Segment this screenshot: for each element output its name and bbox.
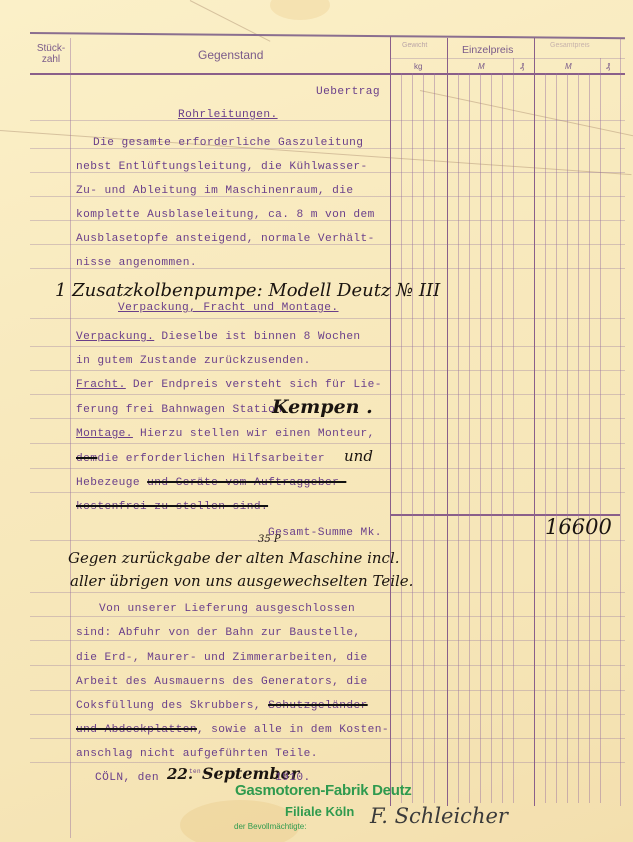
struck-text: und Geräte vom Auftraggeber- [147,477,346,489]
stamp-branch: Filiale Köln [285,804,354,819]
montage-line-3: Hebezeuge und Geräte vom Auftraggeber- [76,477,346,489]
section1-line: Ausblasetopfe ansteigend, normale Verhäl… [76,233,375,245]
struck-text: dem [76,453,97,465]
excluded-line: Arbeit des Ausmauerns des Generators, di… [76,676,368,688]
montage-line-2: demdie erforderlichen Hilfsarbeiter [76,453,325,465]
stamp-company: Gasmotoren-Fabrik Deutz [235,782,411,799]
excluded-line: Von unserer Lieferung ausgeschlossen [99,603,355,615]
fracht-line: Fracht. Der Endpreis versteht sich für L… [76,379,382,391]
excluded-text: , sowie alle in dem Kosten- [197,724,389,736]
excluded-line-5: Coksfüllung des Skrubbers, Schutzgelände… [76,700,368,712]
section1-line: nebst Entlüftungsleitung, die Kühlwasser… [76,161,368,173]
verpackung-label: Verpackung. [76,331,154,343]
col-header-einzelpreis: Einzelpreis [462,44,513,56]
col-header-gewicht-unit: kg [414,62,422,71]
top-rule [30,32,625,39]
excluded-line: sind: Abfuhr von der Bahn zur Baustelle, [76,627,361,639]
struck-text: und Abdeckplatten [76,724,197,736]
fracht-text: Der Endpreis versteht sich für Lie- [126,379,382,391]
montage-text-2: die erforderlichen Hilfsarbeiter [97,453,325,465]
stamp-authorized: der Bevollmächtigte: [234,822,306,831]
paper-stain [180,800,300,842]
col-header-einzelpreis-mark: M [478,62,485,71]
montage-line: Montage. Hierzu stellen wir einen Monteu… [76,428,375,440]
signature: F. Schleicher [370,804,508,828]
date-line: CÖLN, den [95,772,159,784]
struck-text: Schutzgeländer [268,700,368,712]
handwritten-item-line: 1 Zusatzkolbenpumpe: Modell Deutz № III [55,280,440,301]
handwritten-superscript: 35 P [258,534,281,545]
col-header-gewicht: Gewicht [402,42,427,49]
place-prefix: CÖLN, den [95,772,159,784]
section-title-rohrleitungen: Rohrleitungen. [178,109,278,121]
verpackung-line-2: in gutem Zustande zurückzusenden. [76,355,311,367]
montage-text: Hierzu stellen wir einen Monteur, [133,428,375,440]
date-ten: ten [189,768,201,775]
handwritten-und: und [344,447,373,465]
paper-stain [270,0,330,20]
col-header-gesamtpreis: Gesamtpreis [550,42,590,49]
fracht-line-2: ferung frei Bahnwagen Station [76,404,282,416]
verpackung-text: Dieselbe ist binnen 8 Wochen [154,331,360,343]
section1-line: Die gesamte erforderliche Gaszuleitung [93,137,363,149]
excluded-line: anschlag nicht aufgeführten Teile. [76,748,318,760]
col-header-stueckzahl: Stück- zahl [34,43,68,65]
section1-line: komplette Ausblaseleitung, ca. 8 m von d… [76,209,375,221]
handwritten-note-line-1: Gegen zurückgabe der alten Maschine incl… [68,549,400,567]
col-header-einzelpreis-pf: ₰ [520,62,524,71]
struck-text: kostenfrei zu stellen sind. [76,501,268,513]
gesamt-summe-value: 16600 [545,515,612,539]
fracht-label: Fracht. [76,379,126,391]
section-title-verpackung: Verpackung, Fracht und Montage. [118,302,339,314]
montage-text-3: Hebezeuge [76,477,147,489]
handwritten-note-line-2: aller übrigen von uns ausgewechselten Te… [70,572,413,590]
section1-line: nisse angenommen. [76,257,197,269]
montage-label: Montage. [76,428,133,440]
paper-fold [420,90,633,137]
excluded-text: Coksfüllung des Skrubbers, [76,700,268,712]
col-header-gesamtpreis-mark: M [565,62,572,71]
excluded-line-6: und Abdeckplatten, sowie alle in dem Kos… [76,724,389,736]
excluded-line: die Erd-, Maurer- und Zimmerarbeiten, di… [76,652,368,664]
section1-line: Zu- und Ableitung im Maschinenraum, die [76,185,353,197]
handwritten-station: Kempen . [272,396,373,418]
uebertrag-label: Uebertrag [316,86,380,98]
verpackung-line: Verpackung. Dieselbe ist binnen 8 Wochen [76,331,361,343]
gesamt-summe-label: Gesamt-Summe Mk. [268,527,382,539]
col-header-gesamtpreis-pf: ₰ [606,62,610,71]
col-header-gegenstand: Gegenstand [198,48,263,62]
